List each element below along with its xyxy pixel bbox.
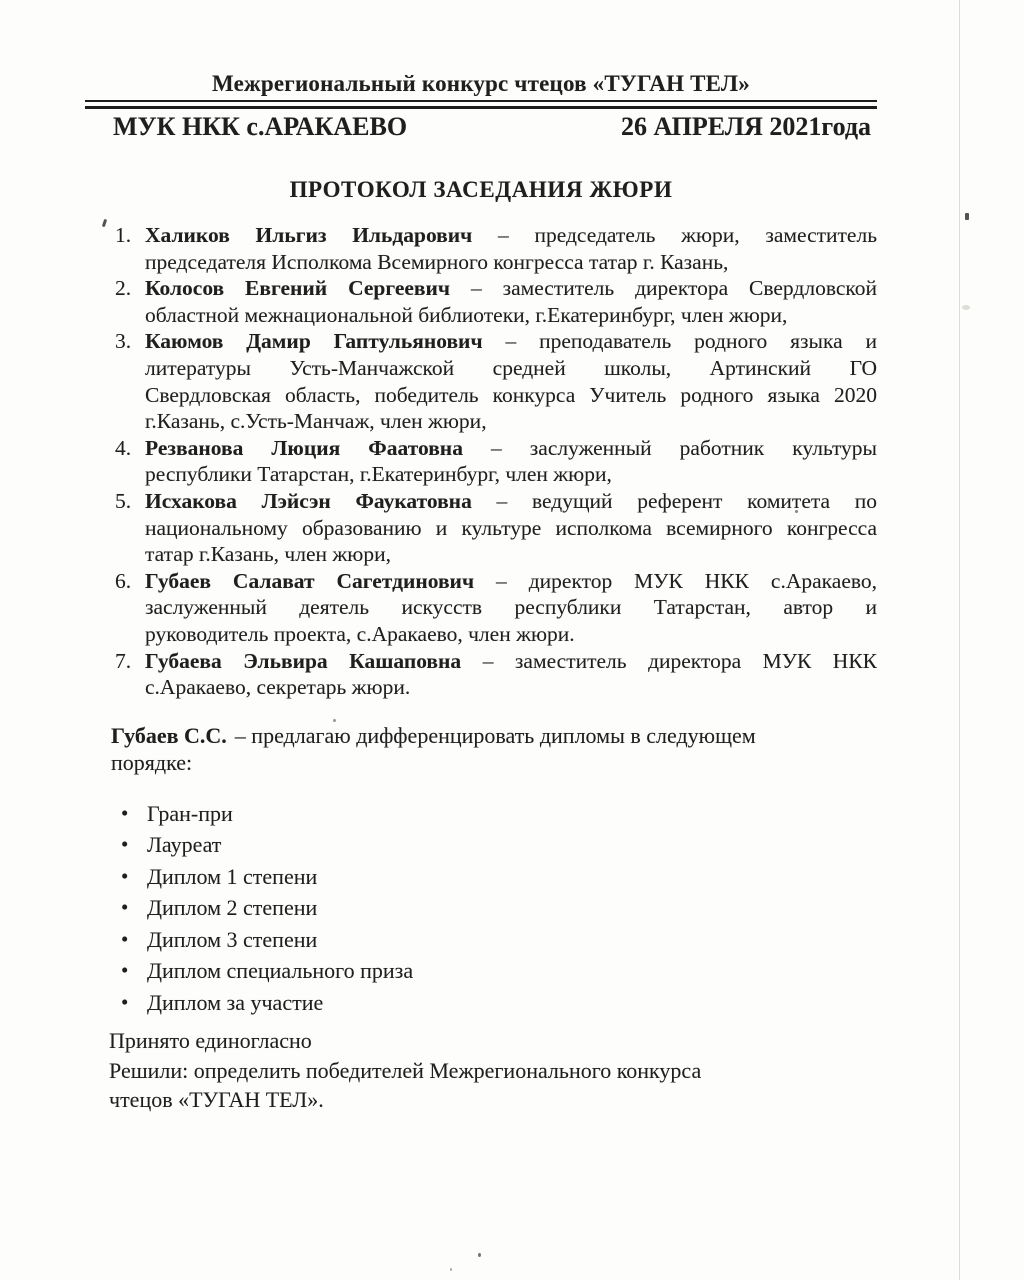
jury-line: Свердловская область, победитель конкурс… <box>145 382 877 409</box>
jury-line: руководитель проекта, с.Аракаево, член ж… <box>145 621 877 648</box>
jury-line: республики Татарстан, г.Екатеринбург, чл… <box>145 461 877 488</box>
decision-block: Принято единогласно Решили: определить п… <box>109 1026 877 1115</box>
header-row: МУК НКК с.АРАКАЕВО 26 АПРЕЛЯ 2021года <box>85 112 877 142</box>
jury-member-name: Губаев Салават Сагетдинович <box>145 569 474 593</box>
diploma-level-label: Диплом специального приза <box>147 958 413 983</box>
jury-line: Губаева Эльвира Кашаповна – заместитель … <box>145 648 877 675</box>
scan-artifact <box>962 305 970 310</box>
jury-member-name: Каюмов Дамир Гаптульянович <box>145 329 483 353</box>
list-item: • Диплом 1 степени <box>85 861 877 893</box>
proposal-paragraph: Губаев С.С.– предлагаю дифференцировать … <box>111 722 761 777</box>
jury-member-item: 7. Губаева Эльвира Кашаповна – заместите… <box>85 648 877 701</box>
jury-line: Резванова Люция Фаатовна – заслуженный р… <box>145 435 877 462</box>
jury-line: с.Аракаево, секретарь жюри. <box>145 674 877 701</box>
speaker-name: Губаев С.С. <box>111 723 227 748</box>
contest-title: Межрегиональный конкурс чтецов «ТУГАН ТЕ… <box>85 70 877 97</box>
jury-member-role: – директор МУК НКК с.Аракаево, <box>496 569 877 593</box>
diploma-level-label: Диплом за участие <box>147 990 323 1015</box>
list-number: 1. <box>115 222 131 249</box>
diploma-level-label: Диплом 1 степени <box>147 864 317 889</box>
bullet-icon: • <box>121 924 128 956</box>
jury-line: г.Казань, с.Усть-Манчаж, член жюри, <box>145 408 877 435</box>
bullet-icon: • <box>121 861 128 893</box>
jury-member-name: Губаева Эльвира Кашаповна <box>145 649 461 673</box>
scan-artifact <box>965 213 969 220</box>
jury-line: национальному образованию и культуре исп… <box>145 515 877 542</box>
jury-member-item: 1. Халиков Ильгиз Ильдарович – председат… <box>85 222 877 275</box>
list-number: 3. <box>115 328 131 355</box>
jury-member-role: – заместитель директора МУК НКК <box>483 649 877 673</box>
scan-artifact <box>333 719 336 722</box>
bullet-icon: • <box>121 955 128 987</box>
jury-line: председателя Исполкома Всемирного конгре… <box>145 249 877 276</box>
header-divider <box>85 100 877 109</box>
scanned-document-page: Межрегиональный конкурс чтецов «ТУГАН ТЕ… <box>0 0 1024 1280</box>
jury-member-name: Колосов Евгений Сергеевич <box>145 276 450 300</box>
list-item: • Диплом за участие <box>85 987 877 1019</box>
list-item: • Диплом 3 степени <box>85 924 877 956</box>
jury-line: литературы Усть-Манчажской средней школы… <box>145 355 877 382</box>
jury-member-item: 3. Каюмов Дамир Гаптульянович – преподав… <box>85 328 877 434</box>
jury-line: областной межнациональной библиотеки, г.… <box>145 302 877 329</box>
scan-edge-line <box>959 0 960 1280</box>
scan-artifact <box>795 510 798 513</box>
diploma-level-label: Диплом 3 степени <box>147 927 317 952</box>
resolution-line: Решили: определить победителей Межрегион… <box>109 1056 769 1115</box>
list-item: • Диплом специального приза <box>85 955 877 987</box>
jury-member-item: 2. Колосов Евгений Сергеевич – заместите… <box>85 275 877 328</box>
bullet-icon: • <box>121 829 128 861</box>
jury-member-item: 5. Исхакова Лэйсэн Фаукатовна – ведущий … <box>85 488 877 568</box>
jury-member-role: – преподаватель родного языка и <box>505 329 877 353</box>
diploma-levels-list: • Гран-при • Лауреат • Диплом 1 степени … <box>85 798 877 1019</box>
bullet-icon: • <box>121 987 128 1019</box>
diploma-level-label: Гран-при <box>147 801 233 826</box>
bullet-icon: • <box>121 892 128 924</box>
jury-line: татар г.Казань, член жюри, <box>145 541 877 568</box>
list-number: 5. <box>115 488 131 515</box>
jury-member-role: – ведущий референт комитета по <box>497 489 877 513</box>
list-number: 6. <box>115 568 131 595</box>
jury-member-item: 4. Резванова Люция Фаатовна – заслуженны… <box>85 435 877 488</box>
bullet-icon: • <box>121 798 128 830</box>
list-number: 4. <box>115 435 131 462</box>
jury-member-role: – председатель жюри, заместитель <box>498 223 877 247</box>
diploma-level-label: Диплом 2 степени <box>147 895 317 920</box>
list-item: • Гран-при <box>85 798 877 830</box>
adopted-line: Принято единогласно <box>109 1026 877 1056</box>
jury-member-role: – заслуженный работник культуры <box>491 436 877 460</box>
list-number: 2. <box>115 275 131 302</box>
jury-line: заслуженный деятель искусств республики … <box>145 594 877 621</box>
list-item: • Лауреат <box>85 829 877 861</box>
jury-line: Губаев Салават Сагетдинович – директор М… <box>145 568 877 595</box>
jury-member-name: Халиков Ильгиз Ильдарович <box>145 223 472 247</box>
jury-member-role: – заместитель директора Свердловской <box>471 276 877 300</box>
document-content: Межрегиональный конкурс чтецов «ТУГАН ТЕ… <box>85 0 877 1115</box>
jury-line: Халиков Ильгиз Ильдарович – председатель… <box>145 222 877 249</box>
list-number: 7. <box>115 648 131 675</box>
organization-name: МУК НКК с.АРАКАЕВО <box>113 112 407 142</box>
diploma-level-label: Лауреат <box>147 832 221 857</box>
document-title: ПРОТОКОЛ ЗАСЕДАНИЯ ЖЮРИ <box>85 176 877 204</box>
jury-line: Исхакова Лэйсэн Фаукатовна – ведущий реф… <box>145 488 877 515</box>
jury-member-name: Исхакова Лэйсэн Фаукатовна <box>145 489 472 513</box>
scan-artifact <box>478 1253 481 1257</box>
scan-artifact <box>450 1268 452 1271</box>
jury-member-name: Резванова Люция Фаатовна <box>145 436 463 460</box>
list-item: • Диплом 2 степени <box>85 892 877 924</box>
jury-line: Колосов Евгений Сергеевич – заместитель … <box>145 275 877 302</box>
jury-list: 1. Халиков Ильгиз Ильдарович – председат… <box>85 222 877 701</box>
jury-line: Каюмов Дамир Гаптульянович – преподавате… <box>145 328 877 355</box>
document-date: 26 АПРЕЛЯ 2021года <box>621 112 871 142</box>
jury-member-item: 6. Губаев Салават Сагетдинович – директо… <box>85 568 877 648</box>
